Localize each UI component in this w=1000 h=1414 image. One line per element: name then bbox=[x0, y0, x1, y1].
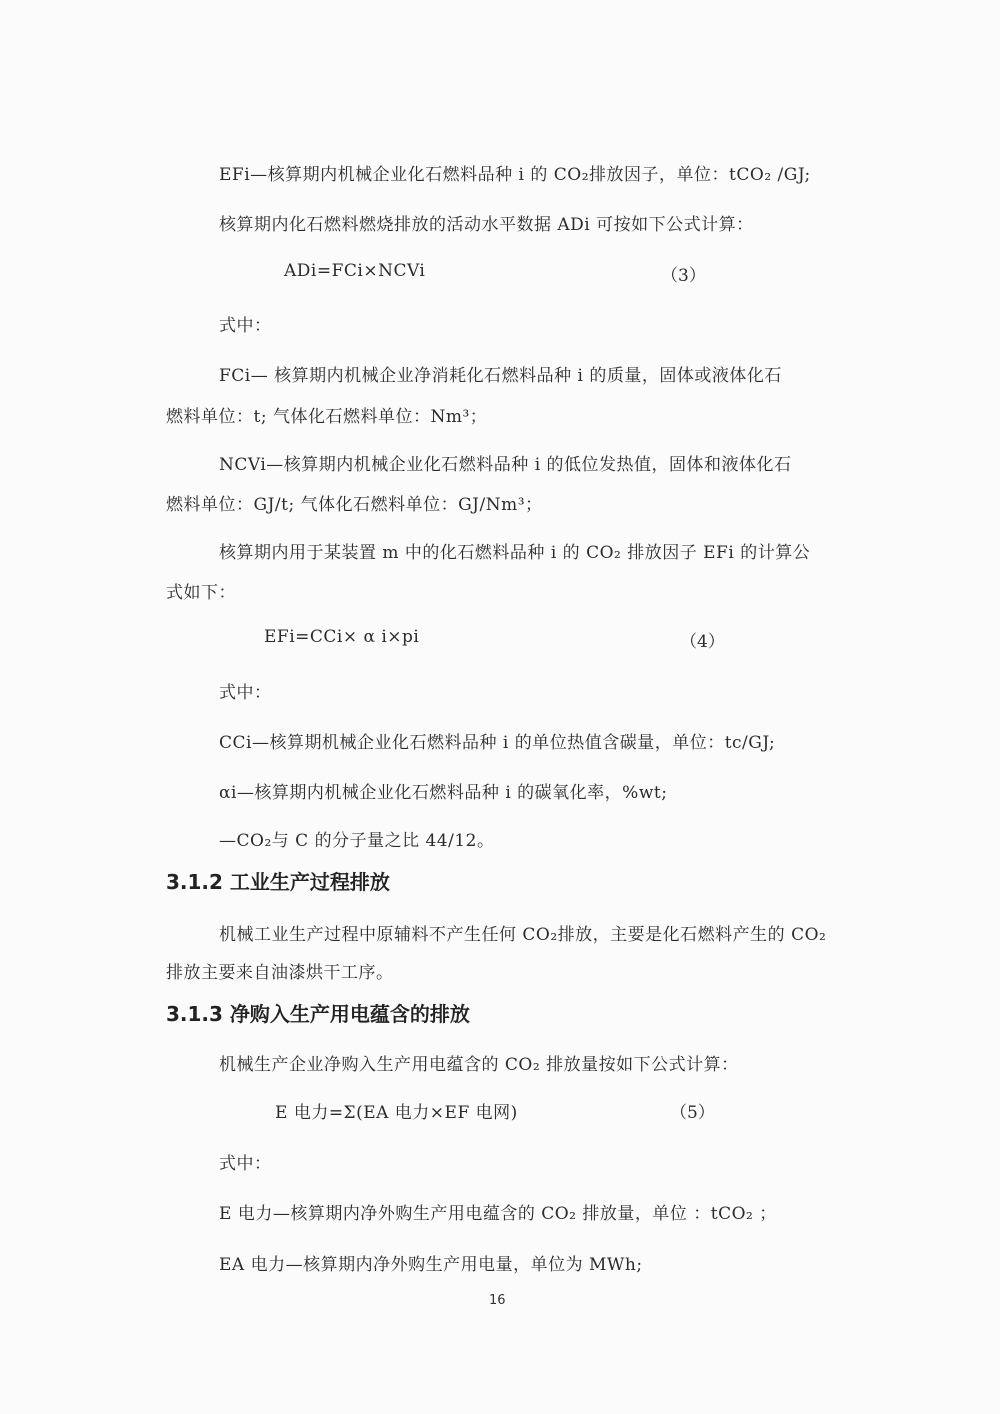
text-line-e-electricity-definition: E 电力—核算期内净外购生产用电蕴含的 CO₂ 排放量，单位 ：tCO₂ ； bbox=[219, 1199, 777, 1224]
text-line-molecular-ratio: —CO₂与 C 的分子量之比 44/12。 bbox=[219, 826, 494, 851]
text-line-electricity-intro: 机械生产企业净购入生产用电蕴含的 CO₂ 排放量按如下公式计算： bbox=[219, 1050, 739, 1075]
text-line-ea-electricity-definition: EA 电力—核算期内净外购生产用电量，单位为 MWh; bbox=[219, 1250, 643, 1275]
text-line-efi-intro-cont: 式如下： bbox=[166, 578, 236, 603]
text-line-process-emissions-cont: 排放主要来自油漆烘干工序。 bbox=[166, 958, 394, 983]
text-line-where-3: 式中： bbox=[219, 1149, 272, 1174]
text-line-efi-intro: 核算期内用于某装置 m 中的化石燃料品种 i 的 CO₂ 排放因子 EFi 的计… bbox=[219, 538, 810, 563]
text-line-where-1: 式中： bbox=[219, 311, 272, 336]
text-line-ncvi-units: 燃料单位：GJ/t; 气体化石燃料单位：GJ/Nm³； bbox=[166, 490, 543, 515]
equation-5-formula: E 电力=Σ(EA 电力×EF 电网) bbox=[275, 1098, 518, 1123]
text-line-ncvi-definition: NCVi—核算期内机械企业化石燃料品种 i 的低位发热值，固体和液体化石 bbox=[219, 450, 792, 475]
page-number: 16 bbox=[489, 1293, 506, 1308]
section-heading-3-1-2: 3.1.2 工业生产过程排放 bbox=[166, 866, 390, 895]
document-page: EFi—核算期内机械企业化石燃料品种 i 的 CO₂排放因子，单位：tCO₂ /… bbox=[0, 0, 1000, 1414]
equation-4-formula: EFi=CCi× α i×pi bbox=[264, 627, 419, 647]
equation-3-formula: ADi=FCi×NCVi bbox=[284, 261, 425, 281]
section-heading-3-1-3: 3.1.3 净购入生产用电蕴含的排放 bbox=[166, 998, 470, 1027]
text-line-where-2: 式中： bbox=[219, 678, 272, 703]
text-line-adi-intro: 核算期内化石燃料燃烧排放的活动水平数据 ADi 可按如下公式计算： bbox=[219, 210, 754, 235]
text-line-efi-definition: EFi—核算期内机械企业化石燃料品种 i 的 CO₂排放因子，单位：tCO₂ /… bbox=[219, 160, 811, 185]
equation-5-number: （5） bbox=[670, 1098, 715, 1123]
text-line-alpha-definition: αi—核算期内机械企业化石燃料品种 i 的碳氧化率，%wt; bbox=[219, 778, 667, 803]
text-line-cci-definition: CCi—核算期机械企业化石燃料品种 i 的单位热值含碳量，单位：tc/GJ; bbox=[219, 728, 775, 753]
text-line-fci-units: 燃料单位：t; 气体化石燃料单位：Nm³； bbox=[166, 402, 487, 427]
equation-4-number: （4） bbox=[680, 627, 725, 652]
text-line-fci-definition: FCi— 核算期内机械企业净消耗化石燃料品种 i 的质量，固体或液体化石 bbox=[219, 361, 782, 386]
text-line-process-emissions: 机械工业生产过程中原辅料不产生任何 CO₂排放，主要是化石燃料产生的 CO₂ bbox=[219, 920, 826, 945]
equation-3-number: （3） bbox=[661, 261, 706, 286]
